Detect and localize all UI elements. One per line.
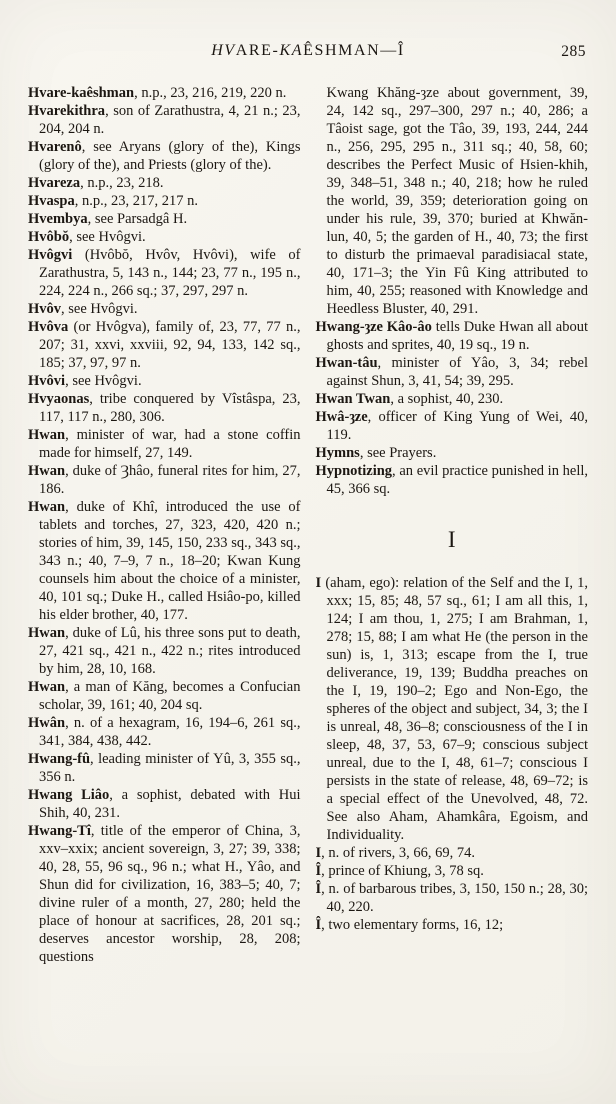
entry-text: , n.p., 23, 216, 219, 220 n. xyxy=(134,85,286,101)
index-entry: Hvôv, see Hvôgvi. xyxy=(28,300,301,318)
entry-term: Hwân xyxy=(28,715,65,731)
index-entry: Hvembya, see Parsadgâ H. xyxy=(28,210,301,228)
index-entry: Hwan Twan, a sophist, 40, 230. xyxy=(316,390,589,408)
entry-text: , minister of war, had a stone coffin ma… xyxy=(39,427,301,461)
entry-term: Hvôgvi xyxy=(28,247,72,263)
index-entry: Hwang-Tî, title of the emperor of China,… xyxy=(28,822,301,966)
running-title-italic-segment: HV xyxy=(211,42,236,59)
index-entry: Hwân, n. of a hexagram, 16, 194–6, 261 s… xyxy=(28,714,301,750)
entry-term: Hwan-tâu xyxy=(316,355,378,371)
entry-text: , see Hvôgvi. xyxy=(61,301,138,317)
index-entry: I (aham, ego): relation of the Self and … xyxy=(316,574,589,844)
entry-text: , two elementary forms, 16, 12; xyxy=(321,917,503,933)
index-entry: Hwan, minister of war, had a stone coffi… xyxy=(28,426,301,462)
entry-term: Hvyaonas xyxy=(28,391,89,407)
index-entry: I, n. of rivers, 3, 66, 69, 74. xyxy=(316,844,589,862)
index-entry: Î, prince of Khiung, 3, 78 sq. xyxy=(316,862,589,880)
index-columns: Hvare-kaêshman, n.p., 23, 216, 219, 220 … xyxy=(28,84,588,966)
entry-text: , see Hvôgvi. xyxy=(69,229,146,245)
index-entry: Hvarekithra, son of Zarathustra, 4, 21 n… xyxy=(28,102,301,138)
index-entry: Hypnotizing, an evil practice punished i… xyxy=(316,462,589,498)
entry-text: , prince of Khiung, 3, 78 sq. xyxy=(321,863,484,879)
entry-text: , a sophist, 40, 230. xyxy=(390,391,503,407)
index-entry: Hvôbŏ, see Hvôgvi. xyxy=(28,228,301,246)
entry-term: Hymns xyxy=(316,445,360,461)
index-entry: Hwan, duke of Khî, introduced the use of… xyxy=(28,498,301,624)
entry-text: , n.p., 23, 217, 217 n. xyxy=(75,193,198,209)
entry-term: Hwan xyxy=(28,427,65,443)
entry-text: (aham, ego): relation of the Self and th… xyxy=(321,575,588,843)
entry-term: Hwâ-ȝze xyxy=(316,409,368,425)
entry-text: , duke of Khî, introduced the use of tab… xyxy=(39,499,301,623)
section-heading: I xyxy=(316,528,589,552)
entry-term: Hwan xyxy=(28,499,65,515)
index-entry: Hvarenô, see Aryans (glory of the), King… xyxy=(28,138,301,174)
entry-term: Hwang-Tî xyxy=(28,823,91,839)
running-title: HVARE-KAÊSHMAN—Î xyxy=(28,42,588,60)
index-entry: Hvôva (or Hvôgva), family of, 23, 77, 77… xyxy=(28,318,301,372)
running-title-italic-segment: KA xyxy=(279,42,303,59)
index-entry: Hvôvi, see Hvôgvi. xyxy=(28,372,301,390)
index-entry: Hwan-tâu, minister of Yâo, 3, 34; rebel … xyxy=(316,354,589,390)
entry-term: Hvembya xyxy=(28,211,88,227)
page-header: HVARE-KAÊSHMAN—Î 285 xyxy=(28,42,588,72)
book-page: HVARE-KAÊSHMAN—Î 285 Hvare-kaêshman, n.p… xyxy=(0,0,616,1104)
entry-term: Hvareza xyxy=(28,175,80,191)
entry-term: Hvôva xyxy=(28,319,68,335)
entry-text: , a man of Kăng, becomes a Confucian sch… xyxy=(39,679,301,713)
entry-term: Hvôv xyxy=(28,301,61,317)
index-entry: Hvôgvi (Hvôbŏ, Hvôv, Hvôvi), wife of Zar… xyxy=(28,246,301,300)
entry-term: Hwang Liâo xyxy=(28,787,109,803)
entry-text: , n. of a hexagram, 16, 194–6, 261 sq., … xyxy=(39,715,301,749)
running-title-segment: ÊSHMAN—Î xyxy=(303,42,405,59)
entry-term: Hvôbŏ xyxy=(28,229,69,245)
running-title-segment: ARE- xyxy=(236,42,280,59)
index-entry: Hvyaonas, tribe conquered by Vîstâspa, 2… xyxy=(28,390,301,426)
left-column: Hvare-kaêshman, n.p., 23, 216, 219, 220 … xyxy=(28,84,301,966)
index-entry-continuation: Kwang Khăng-ȝze about government, 39, 24… xyxy=(316,84,589,318)
index-entry: Hwan, duke of Ȝhâo, funeral rites for hi… xyxy=(28,462,301,498)
entry-term: Hwang-ȝze Kâo-âo xyxy=(316,319,432,335)
entry-term: Hwan xyxy=(28,463,65,479)
entry-text: , see Parsadgâ H. xyxy=(88,211,187,227)
entry-term: Hvarekithra xyxy=(28,103,105,119)
entry-term: Hwan xyxy=(28,625,65,641)
entry-text: , duke of Ȝhâo, funeral rites for him, 2… xyxy=(39,463,301,497)
index-entry: Hwâ-ȝze, officer of King Yung of Wei, 40… xyxy=(316,408,589,444)
index-entry: Hvare-kaêshman, n.p., 23, 216, 219, 220 … xyxy=(28,84,301,102)
entry-term: Hvaspa xyxy=(28,193,75,209)
entry-text: , n. of barbarous tribes, 3, 150, 150 n.… xyxy=(321,881,588,915)
entry-term: Hvare-kaêshman xyxy=(28,85,134,101)
entry-text: (or Hvôgva), family of, 23, 77, 77 n., 2… xyxy=(39,319,301,371)
index-entry: Hwang-fû, leading minister of Yû, 3, 355… xyxy=(28,750,301,786)
entry-text: , see Prayers. xyxy=(360,445,437,461)
entry-text: (Hvôbŏ, Hvôv, Hvôvi), wife of Zarathustr… xyxy=(39,247,301,299)
entry-term: Hwan xyxy=(28,679,65,695)
index-entry: Hymns, see Prayers. xyxy=(316,444,589,462)
index-entry: Hvaspa, n.p., 23, 217, 217 n. xyxy=(28,192,301,210)
entry-text: , n. of rivers, 3, 66, 69, 74. xyxy=(321,845,475,861)
entry-text: Kwang Khăng-ȝze about government, 39, 24… xyxy=(327,85,589,317)
entry-text: , n.p., 23, 218. xyxy=(80,175,163,191)
entry-term: Hvôvi xyxy=(28,373,65,389)
entry-text: , see Hvôgvi. xyxy=(65,373,142,389)
right-column: Kwang Khăng-ȝze about government, 39, 24… xyxy=(316,84,589,966)
index-entry: Hwang-ȝze Kâo-âo tells Duke Hwan all abo… xyxy=(316,318,589,354)
index-entry: Hwang Liâo, a sophist, debated with Hui … xyxy=(28,786,301,822)
index-entry: Hwan, a man of Kăng, becomes a Confucian… xyxy=(28,678,301,714)
entry-term: Hwang-fû xyxy=(28,751,90,767)
index-entry: Hvareza, n.p., 23, 218. xyxy=(28,174,301,192)
index-entry: Î, n. of barbarous tribes, 3, 150, 150 n… xyxy=(316,880,589,916)
entry-term: Hypnotizing xyxy=(316,463,393,479)
index-entry: Hwan, duke of Lû, his three sons put to … xyxy=(28,624,301,678)
page-number: 285 xyxy=(561,43,586,61)
entry-term: Hwan Twan xyxy=(316,391,391,407)
index-entry: Î, two elementary forms, 16, 12; xyxy=(316,916,589,934)
entry-text: , duke of Lû, his three sons put to deat… xyxy=(39,625,301,677)
entry-text: , title of the emperor of China, 3, xxv–… xyxy=(39,823,301,965)
entry-term: Hvarenô xyxy=(28,139,82,155)
